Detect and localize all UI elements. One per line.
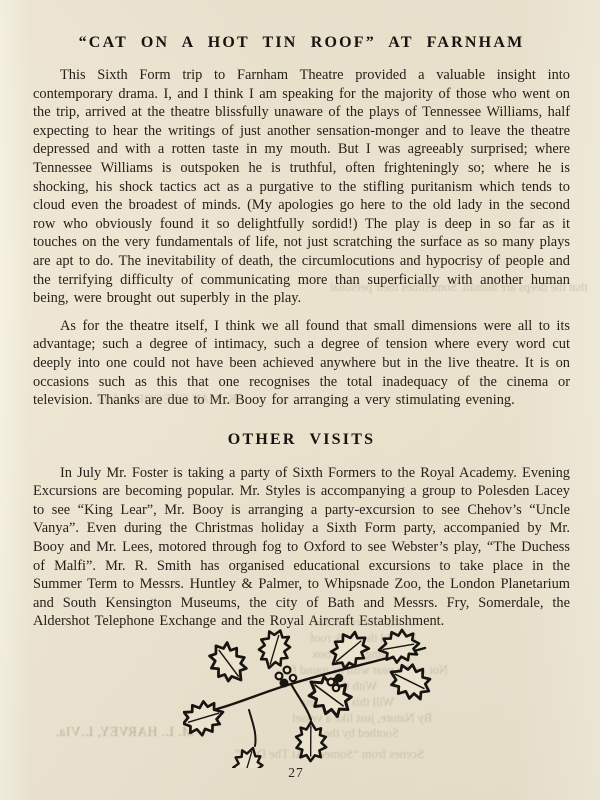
page-number: 27 xyxy=(0,765,592,781)
article1-paragraph-1: This Sixth Form trip to Farnham Theatre … xyxy=(33,66,570,308)
text-column: “CAT ON A HOT TIN ROOF” AT FARNHAM This … xyxy=(33,0,570,640)
article2-paragraph-1: In July Mr. Foster is taking a party of … xyxy=(33,464,570,631)
bleedthrough-author-name: M. L. HARVEY, L.VIa. xyxy=(55,724,194,740)
article1-paragraph-2: As for the theatre itself, I think we al… xyxy=(33,317,570,410)
magazine-page: “CAT ON A HOT TIN ROOF” AT FARNHAM This … xyxy=(0,0,600,800)
holly-illustration xyxy=(183,620,433,768)
article-title-other-visits: OTHER VISITS xyxy=(33,431,570,449)
article-title-cat-on-a-hot-tin-roof: “CAT ON A HOT TIN ROOF” AT FARNHAM xyxy=(33,34,570,52)
